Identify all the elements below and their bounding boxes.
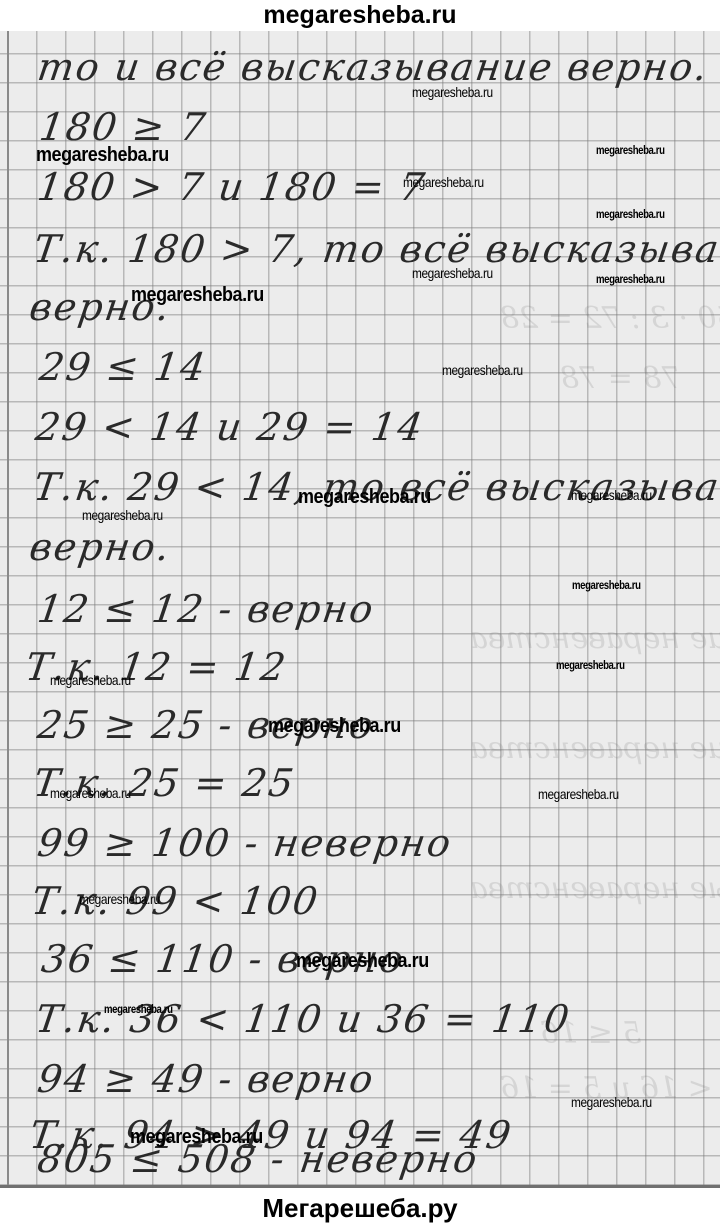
watermark: megaresheba.ru — [36, 144, 169, 167]
watermark: megaresheba.ru — [296, 950, 429, 973]
watermark: megaresheba.ru — [442, 362, 523, 378]
watermark: megaresheba.ru — [268, 715, 401, 738]
handwritten-line: 99 ≥ 100 - неверно — [35, 821, 455, 865]
watermark: megaresheba.ru — [50, 785, 131, 801]
site-header: megaresheba.ru — [0, 0, 720, 30]
watermark: megaresheba.ru — [571, 1094, 652, 1110]
bleed-through-text: 78 = 78 — [560, 361, 681, 396]
handwritten-line: 29 < 14 и 29 = 14 — [33, 405, 427, 449]
watermark: megaresheba.ru — [403, 174, 484, 190]
watermark: megaresheba.ru — [50, 672, 131, 688]
watermark: megaresheba.ru — [538, 786, 619, 802]
handwritten-line: 29 ≤ 14 — [37, 345, 210, 389]
handwritten-line: Т.к. 180 > 7, то всё высказывание — [31, 227, 720, 271]
bleed-through-text: б) Числовые неравенства — [470, 871, 720, 906]
watermark: megaresheba.ru — [596, 272, 665, 286]
margin-line — [7, 31, 9, 1185]
watermark: megaresheba.ru — [572, 578, 641, 592]
handwritten-line: 180 ≥ 7 — [37, 105, 210, 149]
handwritten-line: Т.к. 99 < 100 — [29, 879, 322, 923]
watermark: megaresheba.ru — [104, 1002, 173, 1016]
watermark: megaresheba.ru — [130, 1126, 263, 1149]
watermark: megaresheba.ru — [596, 143, 665, 157]
watermark: megaresheba.ru — [298, 486, 431, 509]
watermark: megaresheba.ru — [596, 207, 665, 221]
watermark: megaresheba.ru — [79, 891, 160, 907]
bleed-through-text: Решение неравенства — [470, 731, 720, 766]
handwritten-line: верно. — [27, 525, 174, 569]
bleed-through-text: 50 · 3 : 72 = 28 — [500, 301, 720, 336]
bleed-through-text: Теория. Понятие неравенства — [470, 621, 720, 656]
watermark: megaresheba.ru — [131, 284, 264, 307]
watermark: megaresheba.ru — [556, 658, 625, 672]
watermark: megaresheba.ru — [571, 487, 652, 503]
handwritten-line: 12 ≤ 12 - верно — [35, 587, 378, 631]
handwritten-line: 94 ≥ 49 - верно — [35, 1057, 378, 1101]
watermark: megaresheba.ru — [412, 84, 493, 100]
watermark: megaresheba.ru — [82, 507, 163, 523]
watermark: megaresheba.ru — [412, 265, 493, 281]
site-footer: Мегарешеба.ру — [0, 1188, 720, 1228]
handwritten-line: то и всё высказывание верно. — [35, 45, 712, 89]
handwritten-line: 180 > 7 и 180 = 7 — [35, 165, 429, 209]
